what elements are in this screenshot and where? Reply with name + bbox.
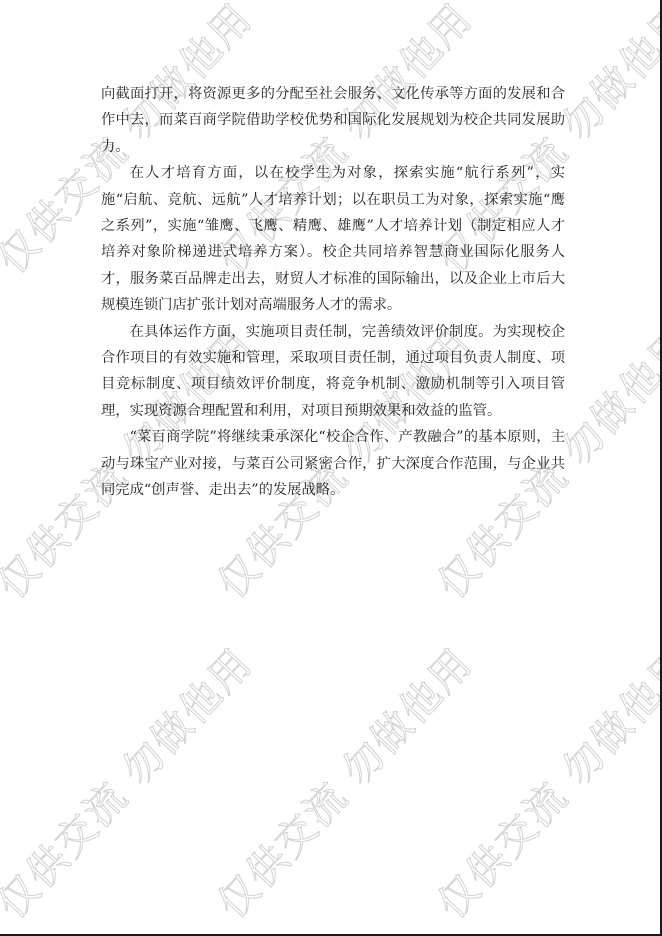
document-body: 向截面打开，将资源更多的分配至社会服务、文化传承等方面的发展和合作中去，而菜百商…: [101, 81, 565, 504]
paragraph-continuation: 向截面打开，将资源更多的分配至社会服务、文化传承等方面的发展和合作中去，而菜百商…: [101, 81, 565, 160]
watermark: 仅供交流 勿做他用: [431, 664, 662, 925]
paragraph-operation: 在具体运作方面，实施项目责任制，完善绩效评价制度。为实现校企合作项目的有效实施和…: [101, 319, 565, 425]
document-page: 仅供交流 勿做他用 仅供交流 勿做他用 仅供交流 勿做他用 仅供交流 勿做他用 …: [0, 0, 662, 936]
watermark: 仅供交流 勿做他用: [0, 664, 239, 925]
paragraph-strategy: “菜百商学院”将继续秉承深化“校企合作、产教融合”的基本原则，主动与珠宝产业对接…: [101, 424, 565, 503]
paragraph-talent-cultivation: 在人才培育方面，以在校学生为对象，探索实施“航行系列”，实施“启航、竞航、远航”…: [101, 160, 565, 318]
watermark: 仅供交流 勿做他用: [211, 664, 458, 925]
